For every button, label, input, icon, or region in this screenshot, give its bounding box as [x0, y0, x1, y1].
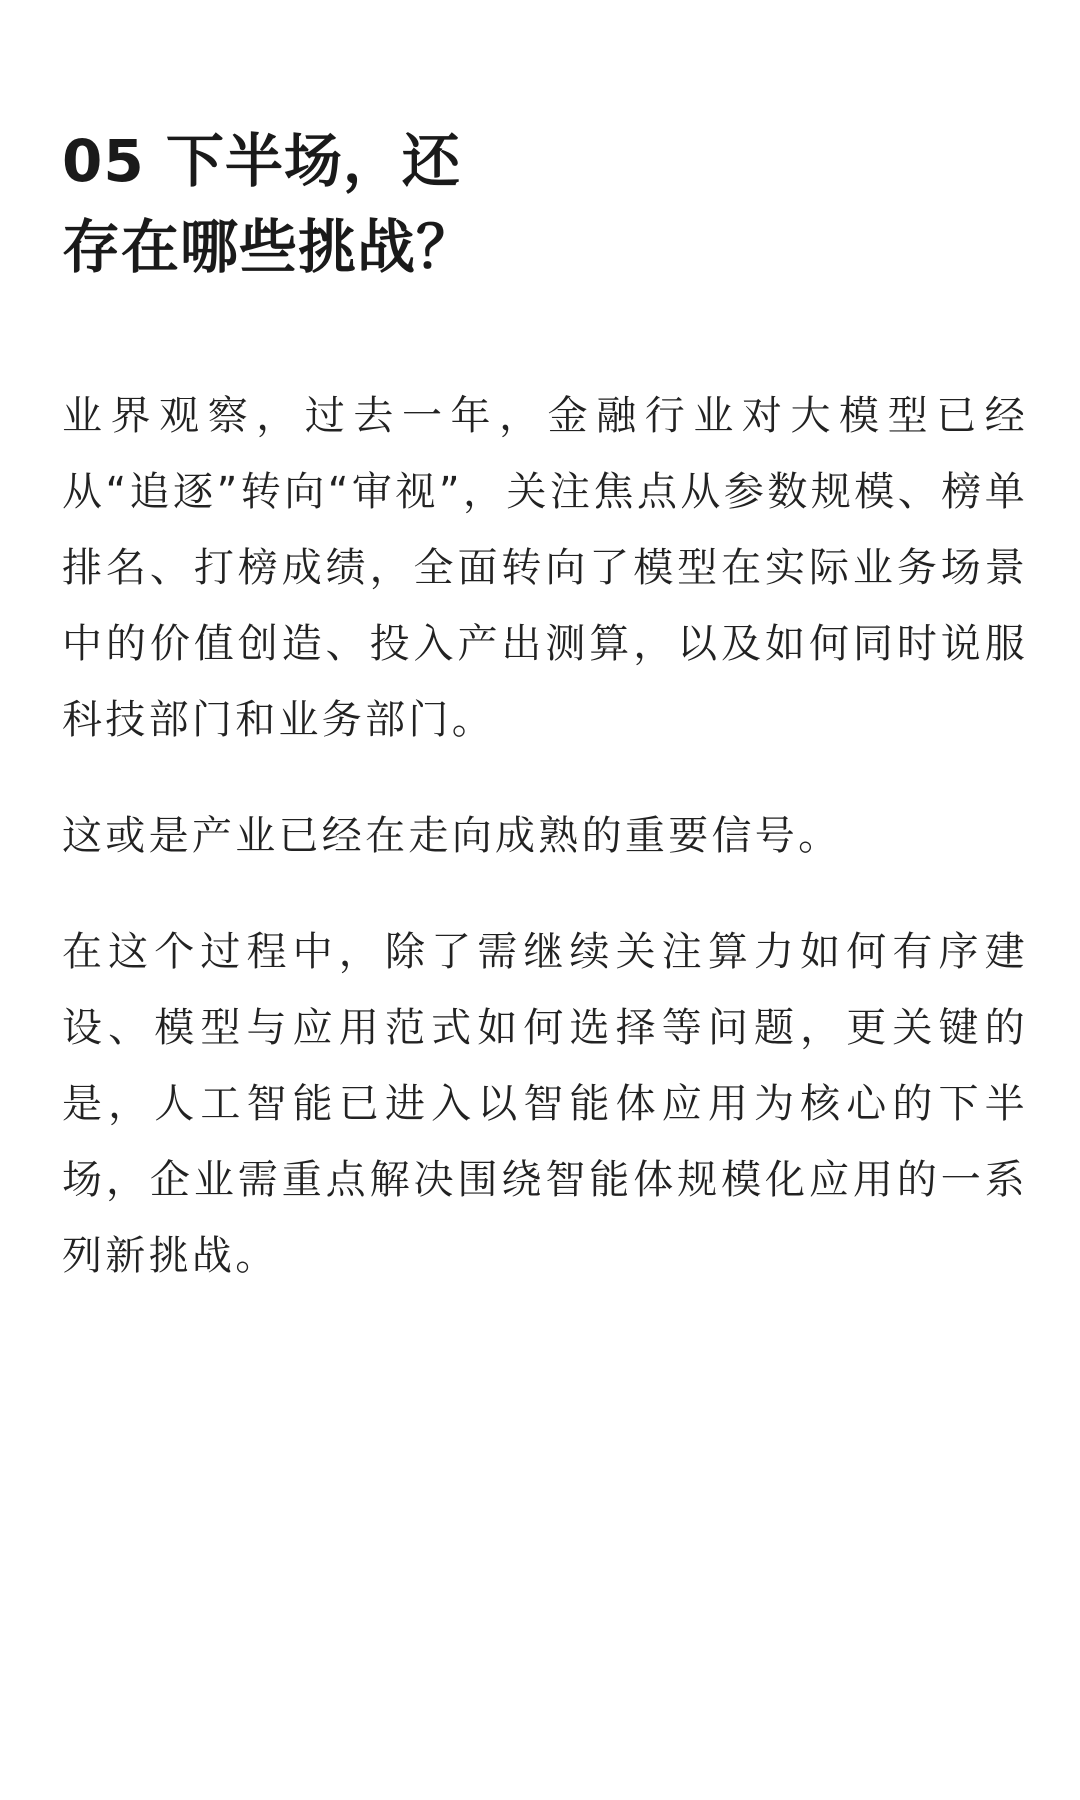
title-line-1: 05 下半场，还: [62, 118, 1028, 204]
article: 05 下半场，还 存在哪些挑战？ 业界观察，过去一年，金融行业对大模型已经从“追…: [62, 118, 1028, 1334]
paragraph-1: 业界观察，过去一年，金融行业对大模型已经从“追逐”转向“审视”，关注焦点从参数规…: [62, 378, 1028, 758]
paragraph-2: 这或是产业已经在走向成熟的重要信号。: [62, 798, 1028, 874]
title-line-2: 存在哪些挑战？: [62, 204, 1028, 290]
article-body: 业界观察，过去一年，金融行业对大模型已经从“追逐”转向“审视”，关注焦点从参数规…: [62, 378, 1028, 1294]
section-title: 05 下半场，还 存在哪些挑战？: [62, 118, 1028, 290]
paragraph-3: 在这个过程中，除了需继续关注算力如何有序建设、模型与应用范式如何选择等问题，更关…: [62, 914, 1028, 1294]
